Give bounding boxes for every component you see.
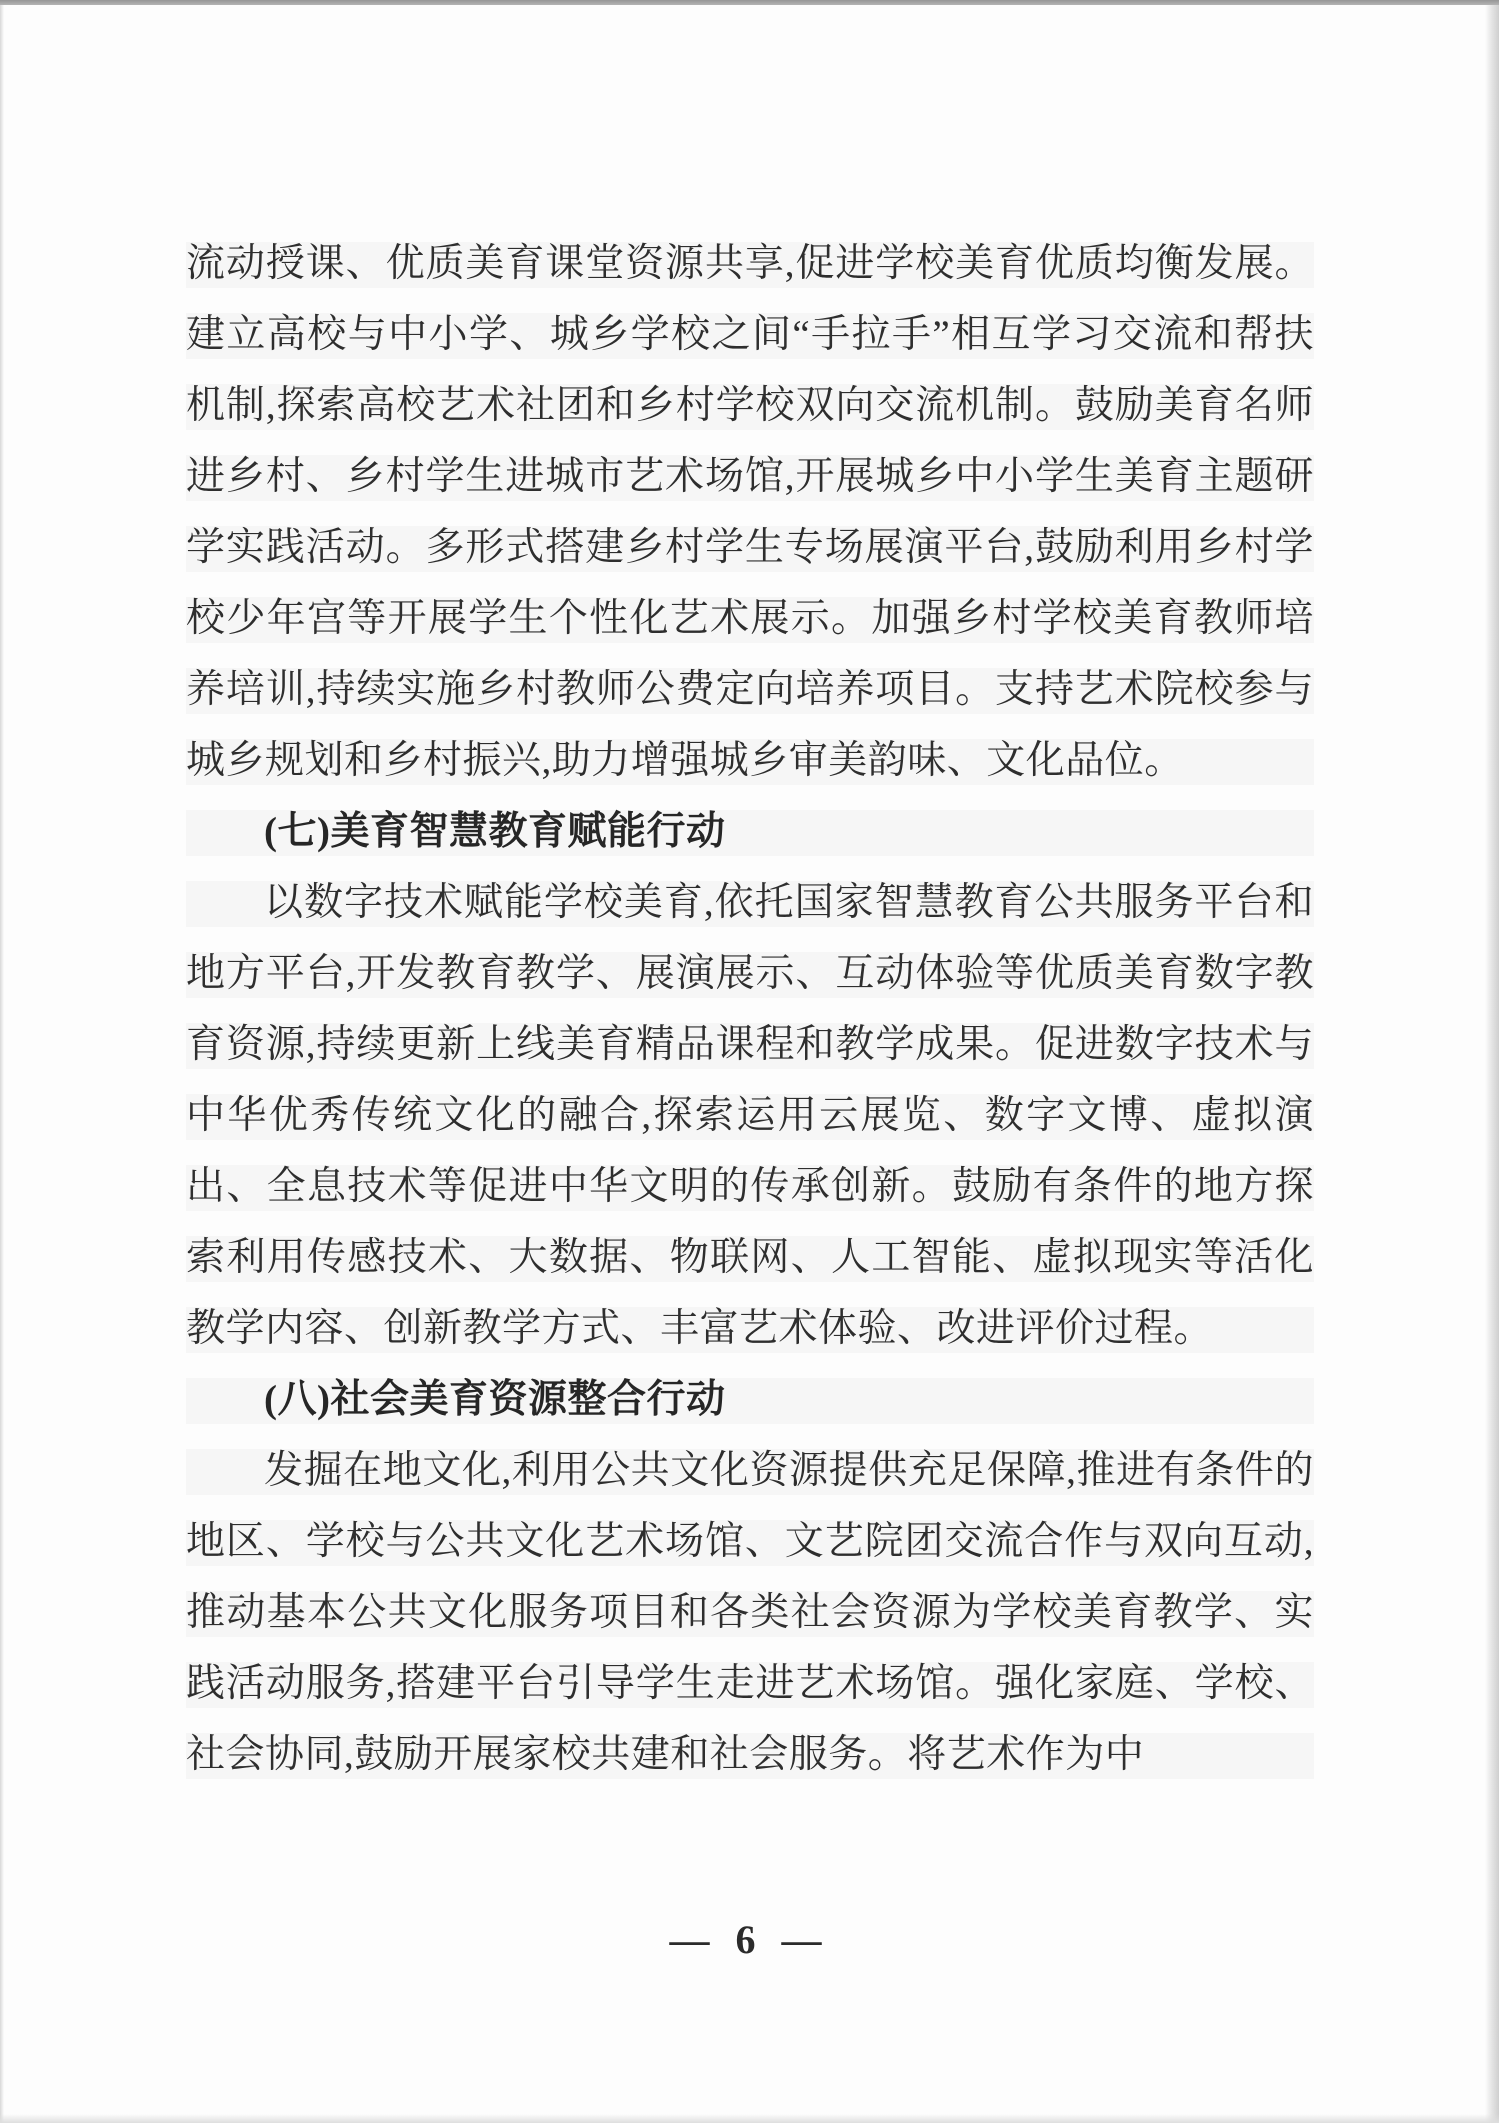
section-heading-8: (八)社会美育资源整合行动 [186, 1364, 1314, 1435]
scan-edge-right [1485, 5, 1499, 2123]
scan-edge-bottom [0, 2114, 1499, 2123]
page-number: — 6 — [0, 1912, 1499, 1968]
section-heading-7: (七)美育智慧教育赋能行动 [186, 796, 1314, 867]
paragraph-continuation: 流动授课、优质美育课堂资源共享,促进学校美育优质均衡发展。建立高校与中小学、城乡… [186, 228, 1314, 796]
paragraph-section-8: 发掘在地文化,利用公共文化资源提供充足保障,推进有条件的地区、学校与公共文化艺术… [186, 1435, 1314, 1790]
scan-edge-left [0, 5, 4, 2123]
scanned-page: { "document": { "blocks": [ { "type": "b… [0, 0, 1499, 2123]
scan-edge-top [0, 0, 1499, 5]
paragraph-section-7: 以数字技术赋能学校美育,依托国家智慧教育公共服务平台和地方平台,开发教育教学、展… [186, 867, 1314, 1364]
document-text-column: 流动授课、优质美育课堂资源共享,促进学校美育优质均衡发展。建立高校与中小学、城乡… [186, 228, 1314, 1790]
